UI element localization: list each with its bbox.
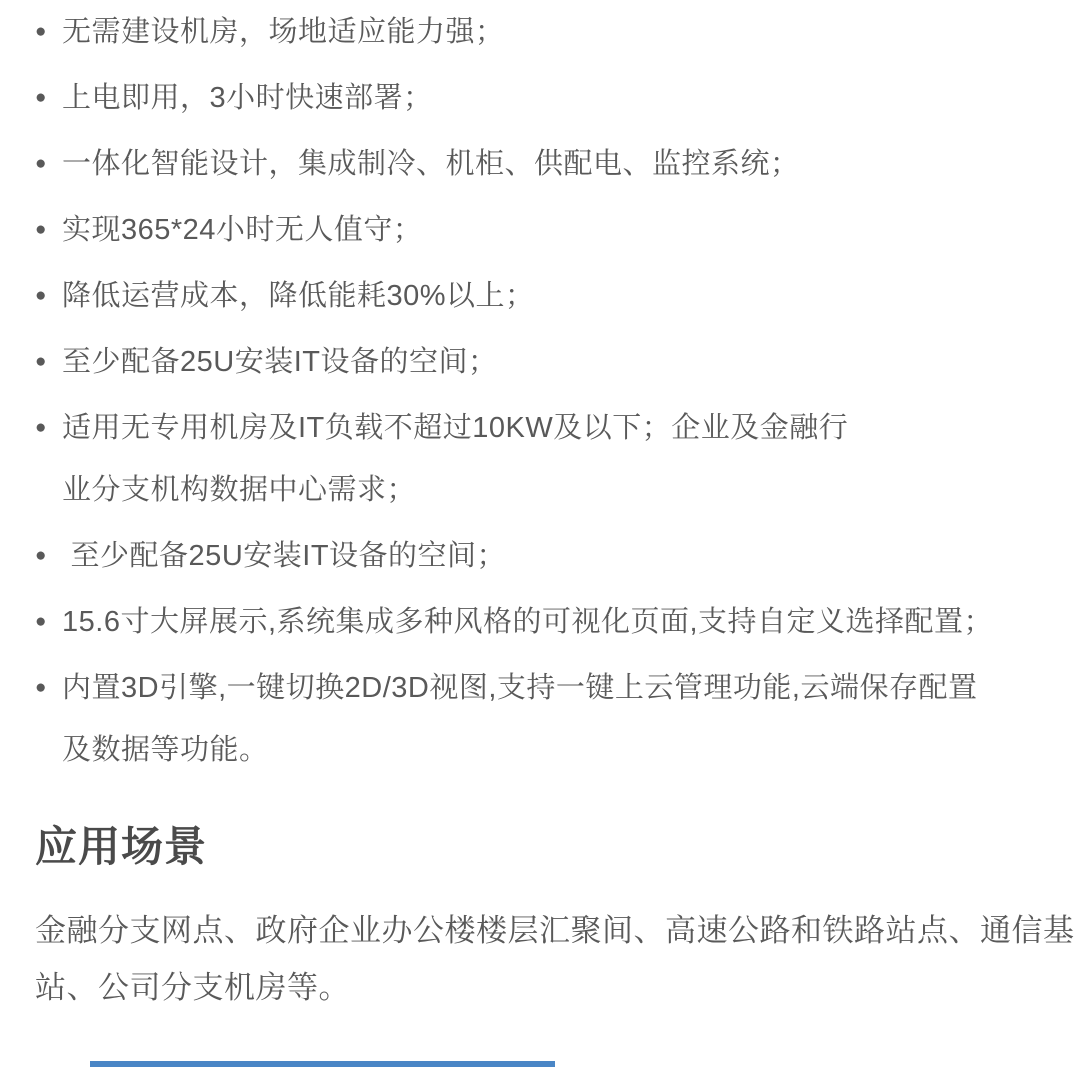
feature-line: 及数据等功能。	[62, 728, 977, 772]
bullet-icon: ●	[35, 666, 62, 710]
bullet-icon: ●	[35, 208, 62, 252]
feature-line: 至少配备25U安装IT设备的空间；	[62, 340, 497, 384]
application-paragraph: 金融分支网点、政府企业办公楼楼层汇聚间、高速公路和铁路站点、通信基站、公司分支机…	[35, 902, 1074, 1016]
feature-line: 15.6寸大屏展示,系统集成多种风格的可视化页面,支持自定义选择配置；	[62, 600, 993, 644]
feature-line: 业分支机构数据中心需求；	[62, 468, 848, 512]
feature-item: ●适用无专用机房及IT负载不超过10KW及以下；企业及金融行业分支机构数据中心需…	[35, 406, 1074, 512]
feature-text: 内置3D引擎,一键切换2D/3D视图,支持一键上云管理功能,云端保存配置及数据等…	[62, 666, 977, 772]
bottom-accent-bar	[90, 1061, 555, 1067]
feature-text: 15.6寸大屏展示,系统集成多种风格的可视化页面,支持自定义选择配置；	[62, 600, 993, 644]
feature-list: ●无需建设机房，场地适应能力强；●上电即用，3小时快速部署；●一体化智能设计，集…	[35, 10, 1074, 772]
feature-line: 适用无专用机房及IT负载不超过10KW及以下；企业及金融行	[62, 406, 848, 450]
bullet-icon: ●	[35, 10, 62, 54]
bullet-icon: ●	[35, 406, 62, 450]
feature-item: ●内置3D引擎,一键切换2D/3D视图,支持一键上云管理功能,云端保存配置及数据…	[35, 666, 1074, 772]
feature-text: 适用无专用机房及IT负载不超过10KW及以下；企业及金融行业分支机构数据中心需求…	[62, 406, 848, 512]
bullet-icon: ●	[35, 600, 62, 644]
feature-line: 一体化智能设计，集成制冷、机柜、供配电、监控系统；	[62, 142, 800, 186]
feature-item: ● 至少配备25U安装IT设备的空间；	[35, 534, 1074, 578]
bullet-icon: ●	[35, 274, 62, 318]
feature-item: ●15.6寸大屏展示,系统集成多种风格的可视化页面,支持自定义选择配置；	[35, 600, 1074, 644]
feature-text: 至少配备25U安装IT设备的空间；	[62, 534, 506, 578]
paragraph-line: 金融分支网点、政府企业办公楼楼层汇聚间、高速公路和铁路站点、通信基	[35, 902, 1074, 959]
feature-line: 无需建设机房，场地适应能力强；	[62, 10, 505, 54]
feature-line: 上电即用，3小时快速部署；	[62, 76, 433, 120]
page: ●无需建设机房，场地适应能力强；●上电即用，3小时快速部署；●一体化智能设计，集…	[0, 0, 1090, 1067]
feature-line: 至少配备25U安装IT设备的空间；	[62, 534, 506, 578]
feature-item: ●实现365*24小时无人值守；	[35, 208, 1074, 252]
feature-text: 上电即用，3小时快速部署；	[62, 76, 433, 120]
feature-text: 一体化智能设计，集成制冷、机柜、供配电、监控系统；	[62, 142, 800, 186]
feature-item: ●无需建设机房，场地适应能力强；	[35, 10, 1074, 54]
bullet-icon: ●	[35, 76, 62, 120]
feature-item: ●上电即用，3小时快速部署；	[35, 76, 1074, 120]
feature-item: ●降低运营成本，降低能耗30%以上；	[35, 274, 1074, 318]
feature-text: 实现365*24小时无人值守；	[62, 208, 422, 252]
feature-text: 降低运营成本，降低能耗30%以上；	[62, 274, 535, 318]
paragraph-line: 站、公司分支机房等。	[35, 959, 1074, 1016]
feature-line: 降低运营成本，降低能耗30%以上；	[62, 274, 535, 318]
feature-line: 内置3D引擎,一键切换2D/3D视图,支持一键上云管理功能,云端保存配置	[62, 666, 977, 710]
feature-text: 无需建设机房，场地适应能力强；	[62, 10, 505, 54]
feature-line: 实现365*24小时无人值守；	[62, 208, 422, 252]
feature-item: ●至少配备25U安装IT设备的空间；	[35, 340, 1074, 384]
bullet-icon: ●	[35, 142, 62, 186]
bullet-icon: ●	[35, 534, 62, 578]
section-title: 应用场景	[35, 822, 1074, 872]
feature-item: ●一体化智能设计，集成制冷、机柜、供配电、监控系统；	[35, 142, 1074, 186]
content-area: ●无需建设机房，场地适应能力强；●上电即用，3小时快速部署；●一体化智能设计，集…	[0, 0, 1090, 1016]
feature-text: 至少配备25U安装IT设备的空间；	[62, 340, 497, 384]
bullet-icon: ●	[35, 340, 62, 384]
